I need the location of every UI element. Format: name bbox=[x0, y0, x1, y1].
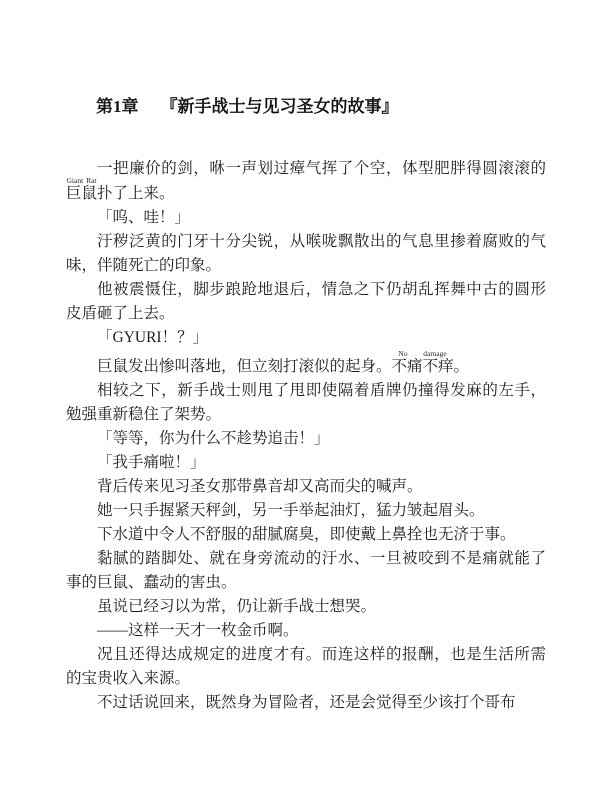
paragraph: 「等等，你为什么不趁势追击！」 bbox=[66, 427, 546, 451]
body-text: 一把廉价的剑，咻一声划过瘴气挥了个空，体型肥胖得圆滚滚的巨鼠Giant Rat扑… bbox=[66, 157, 546, 715]
paragraph: 汙秽泛黄的门牙十分尖锐，从喉咙飘散出的气息里掺着腐败的气味，伴随死亡的印象。 bbox=[66, 230, 546, 278]
text-run: 「等等，你为什么不趁势追击！」 bbox=[97, 430, 330, 447]
text-run: 巨鼠发出惨叫落地，但立刻打滚似的起身。 bbox=[97, 358, 392, 375]
ruby-annotation: 巨鼠Giant Rat bbox=[66, 185, 97, 202]
paragraph: 「我手痛啦！」 bbox=[66, 451, 546, 475]
paragraph: 「呜、哇！」 bbox=[66, 206, 546, 230]
paragraph: ——这样一天才一枚金币啊。 bbox=[66, 619, 546, 643]
text-run: 况且还得达成规定的进度才有。而连这样的报酬，也是生活所需的宝贵收入来源。 bbox=[66, 646, 546, 687]
chapter-title: 第1章『新手战士与见习圣女的故事』 bbox=[66, 95, 546, 119]
text-run: ——这样一天才一枚金币啊。 bbox=[97, 622, 299, 639]
paragraph: 下水道中令人不舒服的甜腻腐臭，即使戴上鼻拴也无济于事。 bbox=[66, 523, 546, 547]
text-run: 背后传来见习圣女那带鼻音却又高而尖的喊声。 bbox=[97, 478, 423, 495]
text-run: 汙秽泛黄的门牙十分尖锐，从喉咙飘散出的气息里掺着腐败的气味，伴随死亡的印象。 bbox=[66, 233, 546, 274]
text-run: 「GYURI！？」 bbox=[97, 329, 208, 346]
ruby-text: No damage bbox=[392, 349, 454, 358]
page-content: 第1章『新手战士与见习圣女的故事』 一把廉价的剑，咻一声划过瘴气挥了个空，体型肥… bbox=[66, 95, 546, 715]
text-run: 黏腻的踏脚处、就在身旁流动的汙水、一旦被咬到不是痛就能了事的巨鼠、蠢动的害虫。 bbox=[66, 550, 546, 591]
document-page: 第1章『新手战士与见习圣女的故事』 一把廉价的剑，咻一声划过瘴气挥了个空，体型肥… bbox=[0, 0, 612, 792]
paragraph: 相较之下，新手战士则甩了甩即使隔着盾牌仍撞得发麻的左手，勉强重新稳住了架势。 bbox=[66, 379, 546, 427]
paragraph: 不过话说回来，既然身为冒险者，还是会觉得至少该打个哥布 bbox=[66, 691, 546, 715]
ruby-annotation: 不痛不痒No damage bbox=[392, 358, 454, 375]
paragraph: 黏腻的踏脚处、就在身旁流动的汙水、一旦被咬到不是痛就能了事的巨鼠、蠢动的害虫。 bbox=[66, 547, 546, 595]
paragraph: 「GYURI！？」 bbox=[66, 326, 546, 350]
text-run: 下水道中令人不舒服的甜腻腐臭，即使戴上鼻拴也无济于事。 bbox=[97, 526, 516, 543]
text-run: 虽说已经习以为常，仍让新手战士想哭。 bbox=[97, 598, 376, 615]
text-run: 「我手痛啦！」 bbox=[97, 454, 206, 471]
text-run: 扑了上来。 bbox=[97, 185, 175, 202]
text-run: 「呜、哇！」 bbox=[97, 209, 190, 226]
paragraph: 他被震慑住，脚步踉跄地退后，情急之下仍胡乱挥舞中古的圆形皮盾砸了上去。 bbox=[66, 278, 546, 326]
paragraph: 巨鼠发出惨叫落地，但立刻打滚似的起身。不痛不痒No damage。 bbox=[66, 350, 546, 379]
paragraph: 背后传来见习圣女那带鼻音却又高而尖的喊声。 bbox=[66, 475, 546, 499]
text-run: 不过话说回来，既然身为冒险者，还是会觉得至少该打个哥布 bbox=[97, 694, 516, 711]
ruby-text: Giant Rat bbox=[66, 176, 97, 185]
text-run: 他被震慑住，脚步踉跄地退后，情急之下仍胡乱挥舞中古的圆形皮盾砸了上去。 bbox=[66, 281, 546, 322]
text-run: 一把廉价的剑，咻一声划过瘴气挥了个空，体型肥胖得圆滚滚的 bbox=[97, 160, 546, 177]
chapter-number: 第1章 bbox=[96, 97, 139, 116]
paragraph: 她一只手握紧天秤剑，另一手举起油灯，猛力皱起眉头。 bbox=[66, 499, 546, 523]
paragraph: 一把廉价的剑，咻一声划过瘴气挥了个空，体型肥胖得圆滚滚的巨鼠Giant Rat扑… bbox=[66, 157, 546, 206]
paragraph: 虽说已经习以为常，仍让新手战士想哭。 bbox=[66, 595, 546, 619]
paragraph: 况且还得达成规定的进度才有。而连这样的报酬，也是生活所需的宝贵收入来源。 bbox=[66, 643, 546, 691]
text-run: 。 bbox=[454, 358, 470, 375]
text-run: 相较之下，新手战士则甩了甩即使隔着盾牌仍撞得发麻的左手，勉强重新稳住了架势。 bbox=[66, 382, 546, 423]
chapter-name: 『新手战士与见习圣女的故事』 bbox=[161, 97, 399, 116]
text-run: 她一只手握紧天秤剑，另一手举起油灯，猛力皱起眉头。 bbox=[97, 502, 485, 519]
